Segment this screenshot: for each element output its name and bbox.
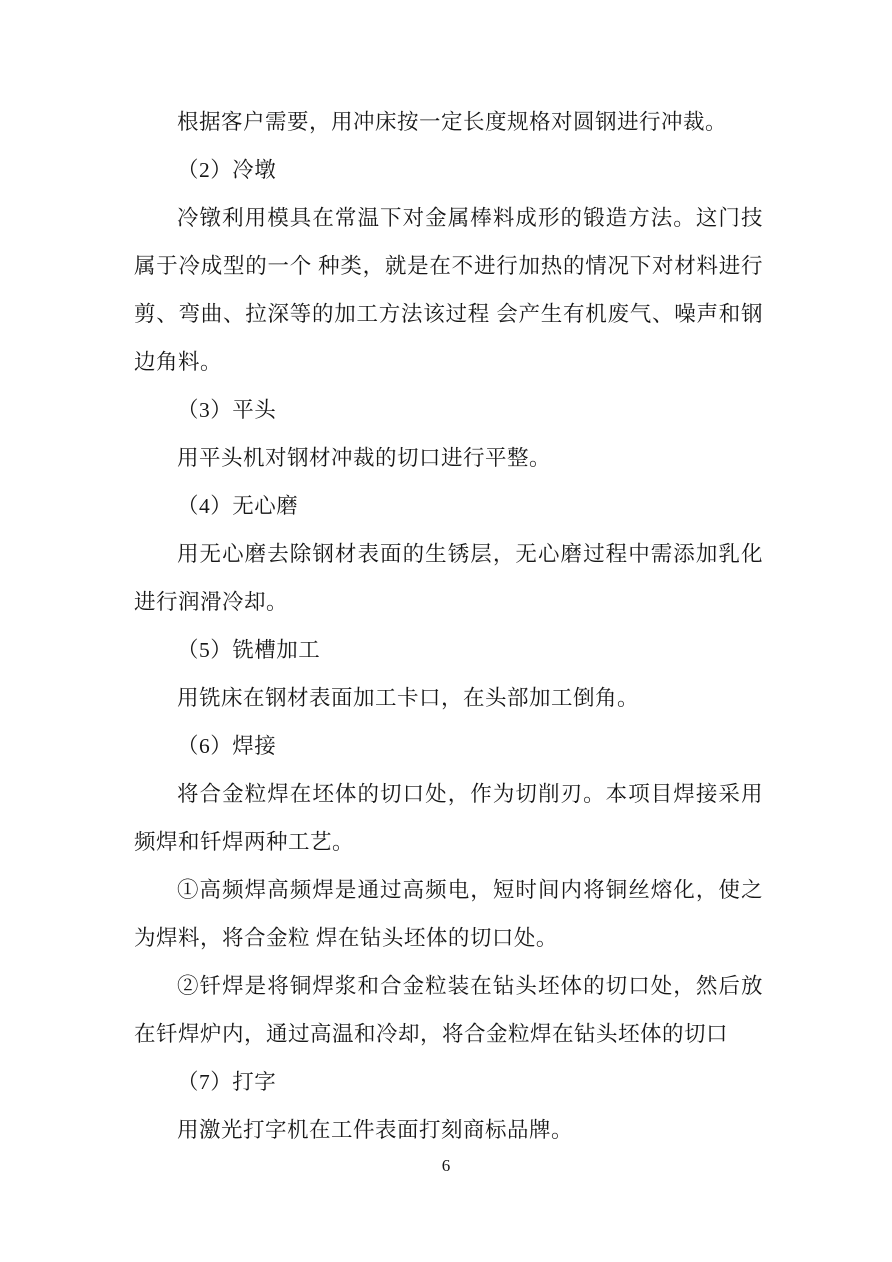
- body-text-line: 冷镦利用模具在常温下对金属棒料成形的锻造方法。这门技术: [134, 194, 763, 242]
- body-text-line: 剪、弯曲、拉深等的加工方法该过程 会产生有机废气、噪声和钢材: [134, 290, 763, 338]
- section-heading-line: （2）冷墩: [134, 146, 763, 194]
- body-text-line: 进行润滑冷却。: [134, 578, 763, 626]
- section-heading-line: （7）打字: [134, 1058, 763, 1106]
- text-block: 根据客户需要，用冲床按一定长度规格对圆钢进行冲裁。（2）冷墩冷镦利用模具在常温下…: [134, 98, 763, 1154]
- body-text-line: 用无心磨去除钢材表面的生锈层，无心磨过程中需添加乳化液: [134, 530, 763, 578]
- body-text-line: 在钎焊炉内，通过高温和冷却，将合金粒焊在钻头坯体的切口处。: [134, 1010, 763, 1058]
- body-text-line: 将合金粒焊在坯体的切口处，作为切削刃。本项目焊接采用高: [134, 770, 763, 818]
- body-text-line: 频焊和钎焊两种工艺。: [134, 818, 763, 866]
- section-heading-line: （4）无心磨: [134, 482, 763, 530]
- body-text-line: ①高频焊高频焊是通过高频电，短时间内将铜丝熔化，使之做: [134, 866, 763, 914]
- body-text-line: ②钎焊是将铜焊浆和合金粒装在钻头坯体的切口处，然后放置: [134, 962, 763, 1010]
- section-heading-line: （5）铣槽加工: [134, 626, 763, 674]
- section-heading-line: （6）焊接: [134, 722, 763, 770]
- body-text-line: 根据客户需要，用冲床按一定长度规格对圆钢进行冲裁。: [134, 98, 763, 146]
- body-text-line: 边角料。: [134, 338, 763, 386]
- body-text-line: 用激光打字机在工件表面打刻商标品牌。: [134, 1106, 763, 1154]
- section-heading-line: （3）平头: [134, 386, 763, 434]
- page-footer: 6: [0, 1156, 892, 1176]
- body-text-line: 用平头机对钢材冲裁的切口进行平整。: [134, 434, 763, 482]
- document-page: 根据客户需要，用冲床按一定长度规格对圆钢进行冲裁。（2）冷墩冷镦利用模具在常温下…: [0, 0, 892, 1262]
- body-text-line: 为焊料，将合金粒 焊在钻头坯体的切口处。: [134, 914, 763, 962]
- body-text-line: 用铣床在钢材表面加工卡口，在头部加工倒角。: [134, 674, 763, 722]
- page-number: 6: [442, 1156, 451, 1175]
- body-text-line: 属于冷成型的一个 种类，就是在不进行加热的情况下对材料进行冲: [134, 242, 763, 290]
